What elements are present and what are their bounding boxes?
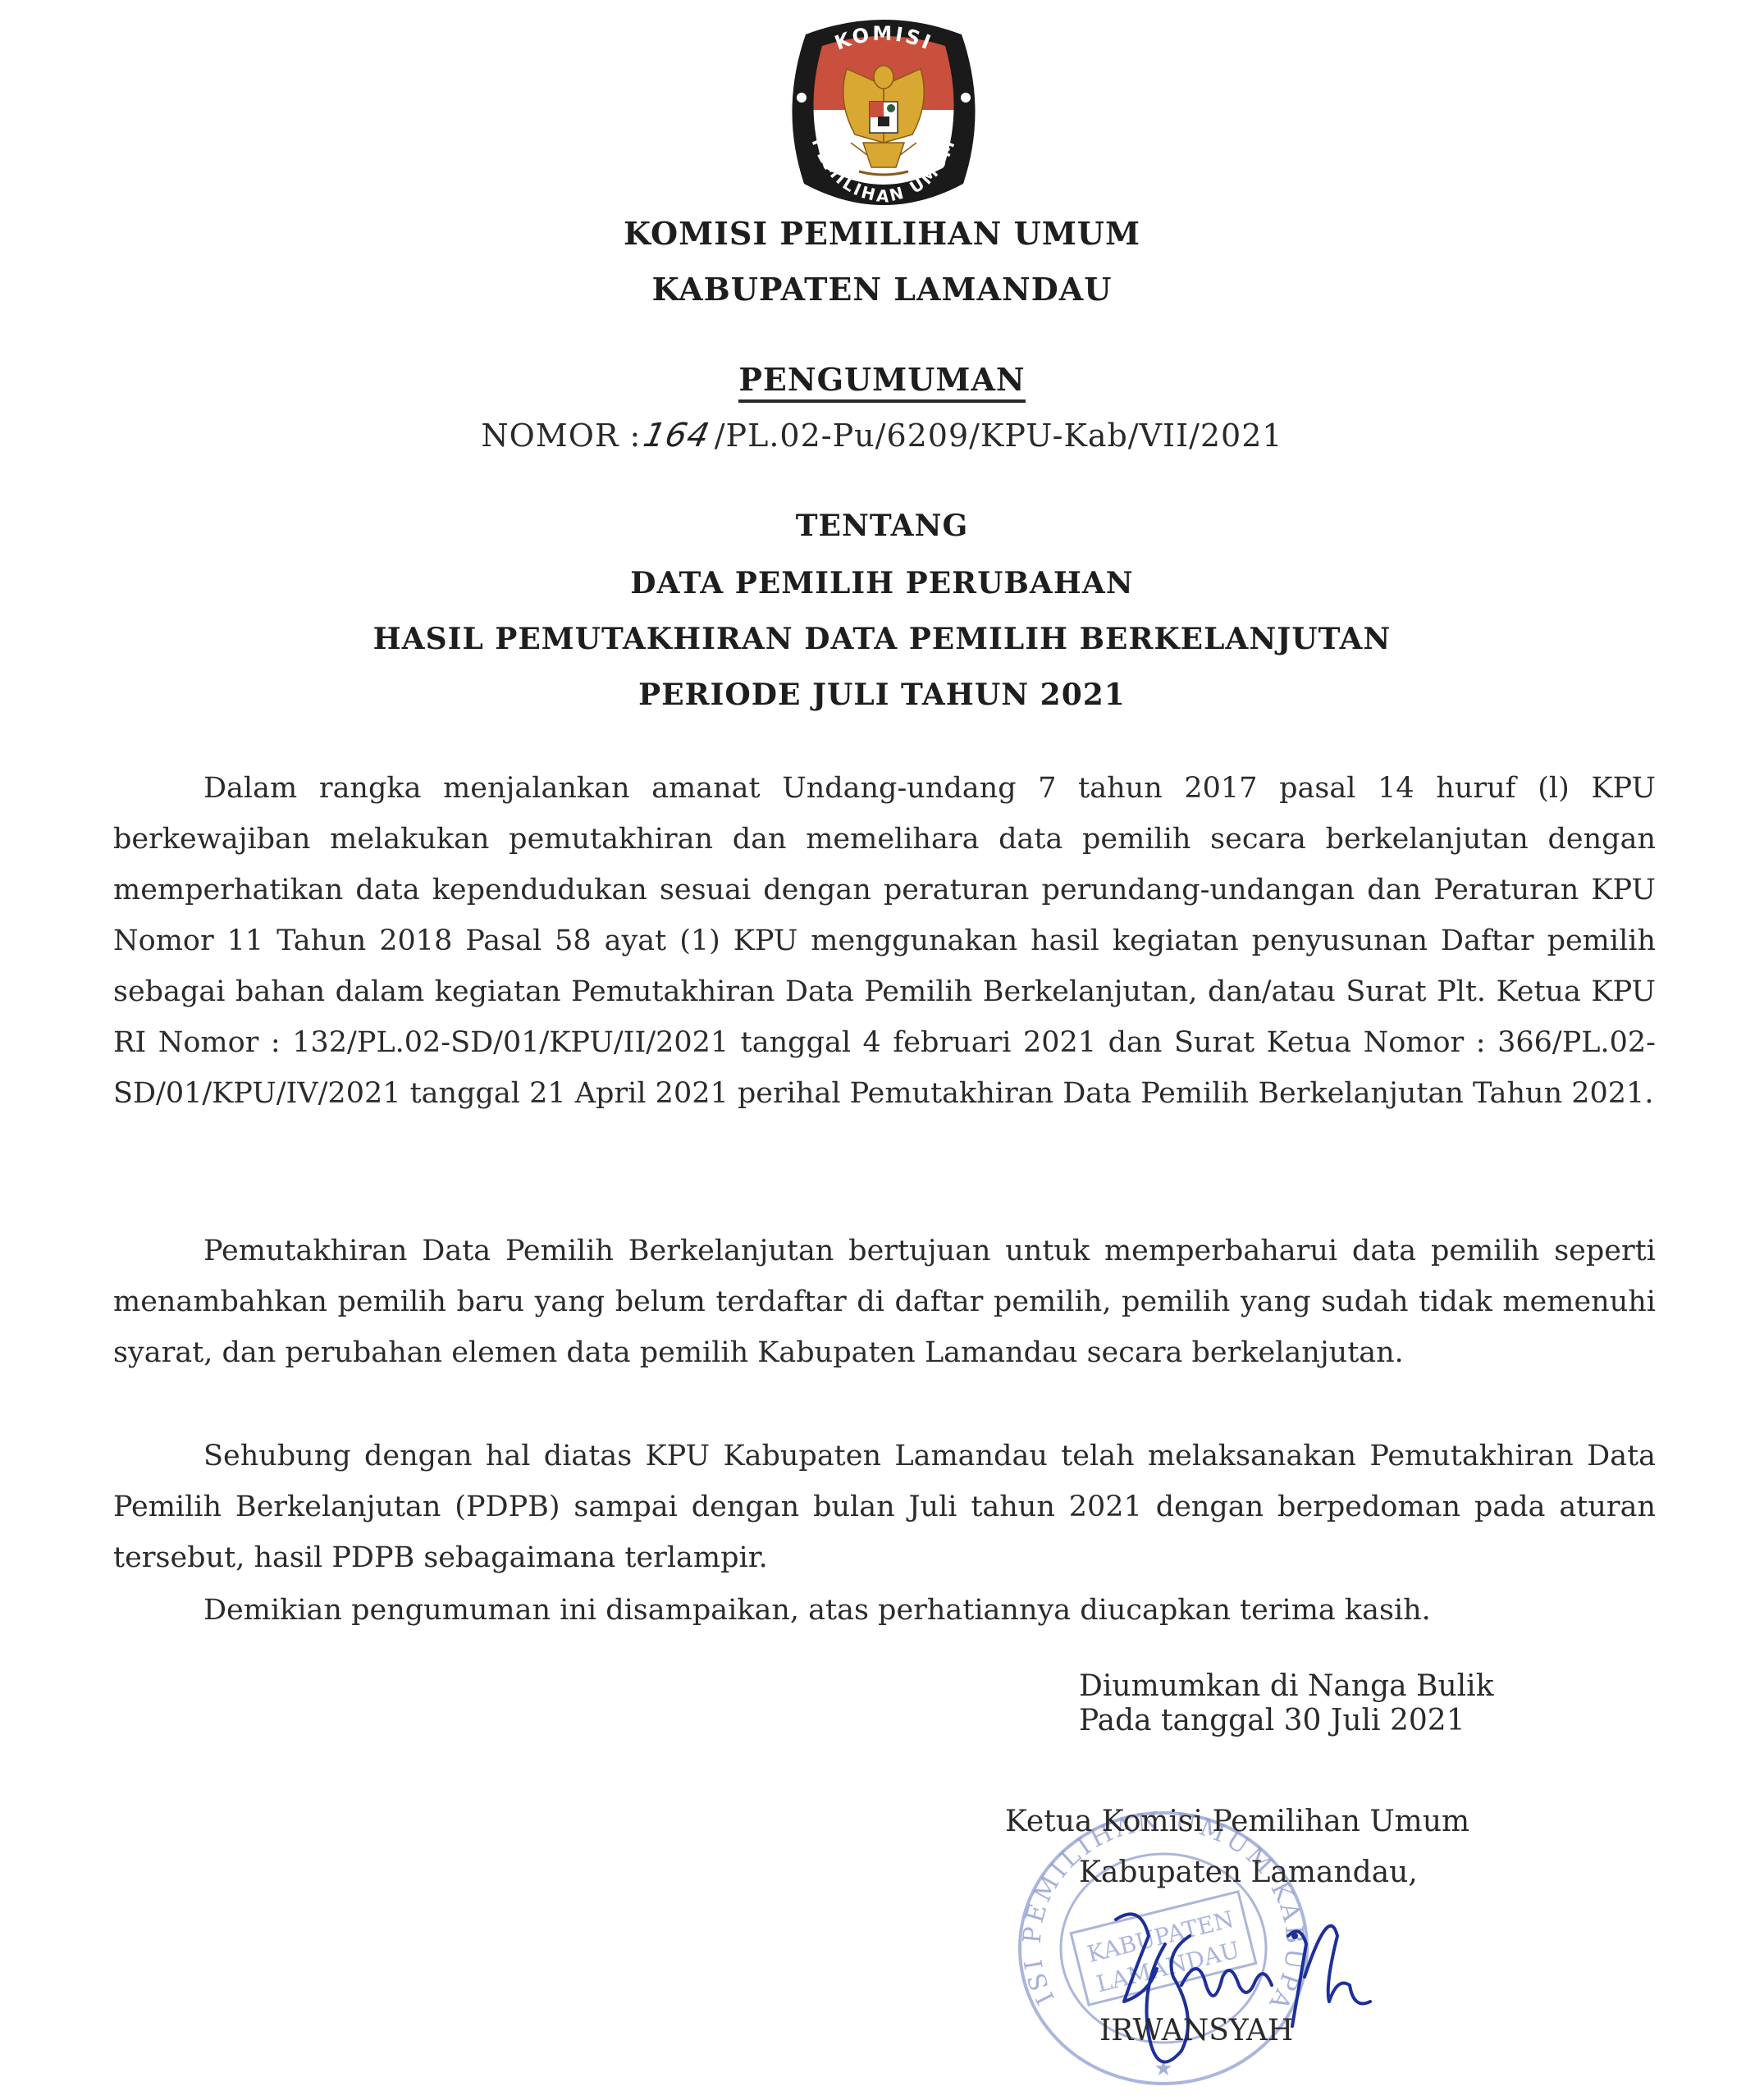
subject-line1: DATA PEMILIH PERUBAHAN: [0, 566, 1764, 600]
nomor-handwritten: 164: [640, 417, 713, 454]
nomor-rest: /PL.02-Pu/6209/KPU-Kab/VII/2021: [715, 418, 1283, 454]
kpu-garuda-logo-icon: KOMISI PEMILIHAN UMUM: [773, 11, 994, 217]
official-stamp-icon: KOMISI PEMILIHAN UMUM KABUPATEN KABUPATE…: [1008, 1796, 1319, 2092]
body-paragraph-1: Dalam rangka menjalankan amanat Undang-u…: [113, 763, 1656, 1119]
paragraph-text: Sehubung dengan hal diatas KPU Kabupaten…: [113, 1431, 1656, 1583]
svg-text:KABUPATEN: KABUPATEN: [1085, 1906, 1236, 1968]
document-type-title: PENGUMUMAN: [0, 361, 1764, 398]
subject-tentang: TENTANG: [0, 509, 1764, 543]
document-type-label: PENGUMUMAN: [738, 361, 1025, 403]
signatory-role-line1: Ketua Komisi Pemilihan Umum: [1005, 1805, 1469, 1838]
signatory-role-line2: Kabupaten Lamandau,: [1079, 1856, 1418, 1889]
paragraph-text: Demikian pengumuman ini disampaikan, ata…: [113, 1585, 1656, 1636]
body-paragraph-2: Pemutakhiran Data Pemilih Berkelanjutan …: [113, 1226, 1656, 1378]
subject-line2: HASIL PEMUTAKHIRAN DATA PEMILIH BERKELAN…: [0, 622, 1764, 656]
document-number: NOMOR :164/PL.02-Pu/6209/KPU-Kab/VII/202…: [0, 417, 1764, 454]
body-paragraph-3: Sehubung dengan hal diatas KPU Kabupaten…: [113, 1431, 1656, 1583]
body-paragraph-4: Demikian pengumuman ini disampaikan, ata…: [113, 1585, 1656, 1636]
org-name-line1: KOMISI PEMILIHAN UMUM: [0, 215, 1764, 252]
nomor-label: NOMOR :: [481, 418, 641, 454]
handwritten-signature-icon: [1091, 1887, 1403, 2084]
place-line: Diumumkan di Nanga Bulik: [1079, 1669, 1494, 1704]
svg-text:LAMANDAU: LAMANDAU: [1094, 1936, 1242, 1997]
signatory-name: IRWANSYAH: [1099, 2014, 1293, 2047]
announcement-place-date: Diumumkan di Nanga Bulik Pada tanggal 30…: [1079, 1669, 1494, 1738]
svg-text:★: ★: [1154, 2057, 1172, 2081]
org-name-line2: KABUPATEN LAMANDAU: [0, 271, 1764, 308]
subject-line3: PERIODE JULI TAHUN 2021: [0, 678, 1764, 712]
paragraph-text: Dalam rangka menjalankan amanat Undang-u…: [113, 763, 1656, 1119]
announcement-page: KOMISI PEMILIHAN UMUM KOMISI PEMILIHAN U…: [0, 0, 1764, 2100]
paragraph-text: Pemutakhiran Data Pemilih Berkelanjutan …: [113, 1226, 1656, 1378]
date-line: Pada tanggal 30 Juli 2021: [1079, 1704, 1494, 1738]
